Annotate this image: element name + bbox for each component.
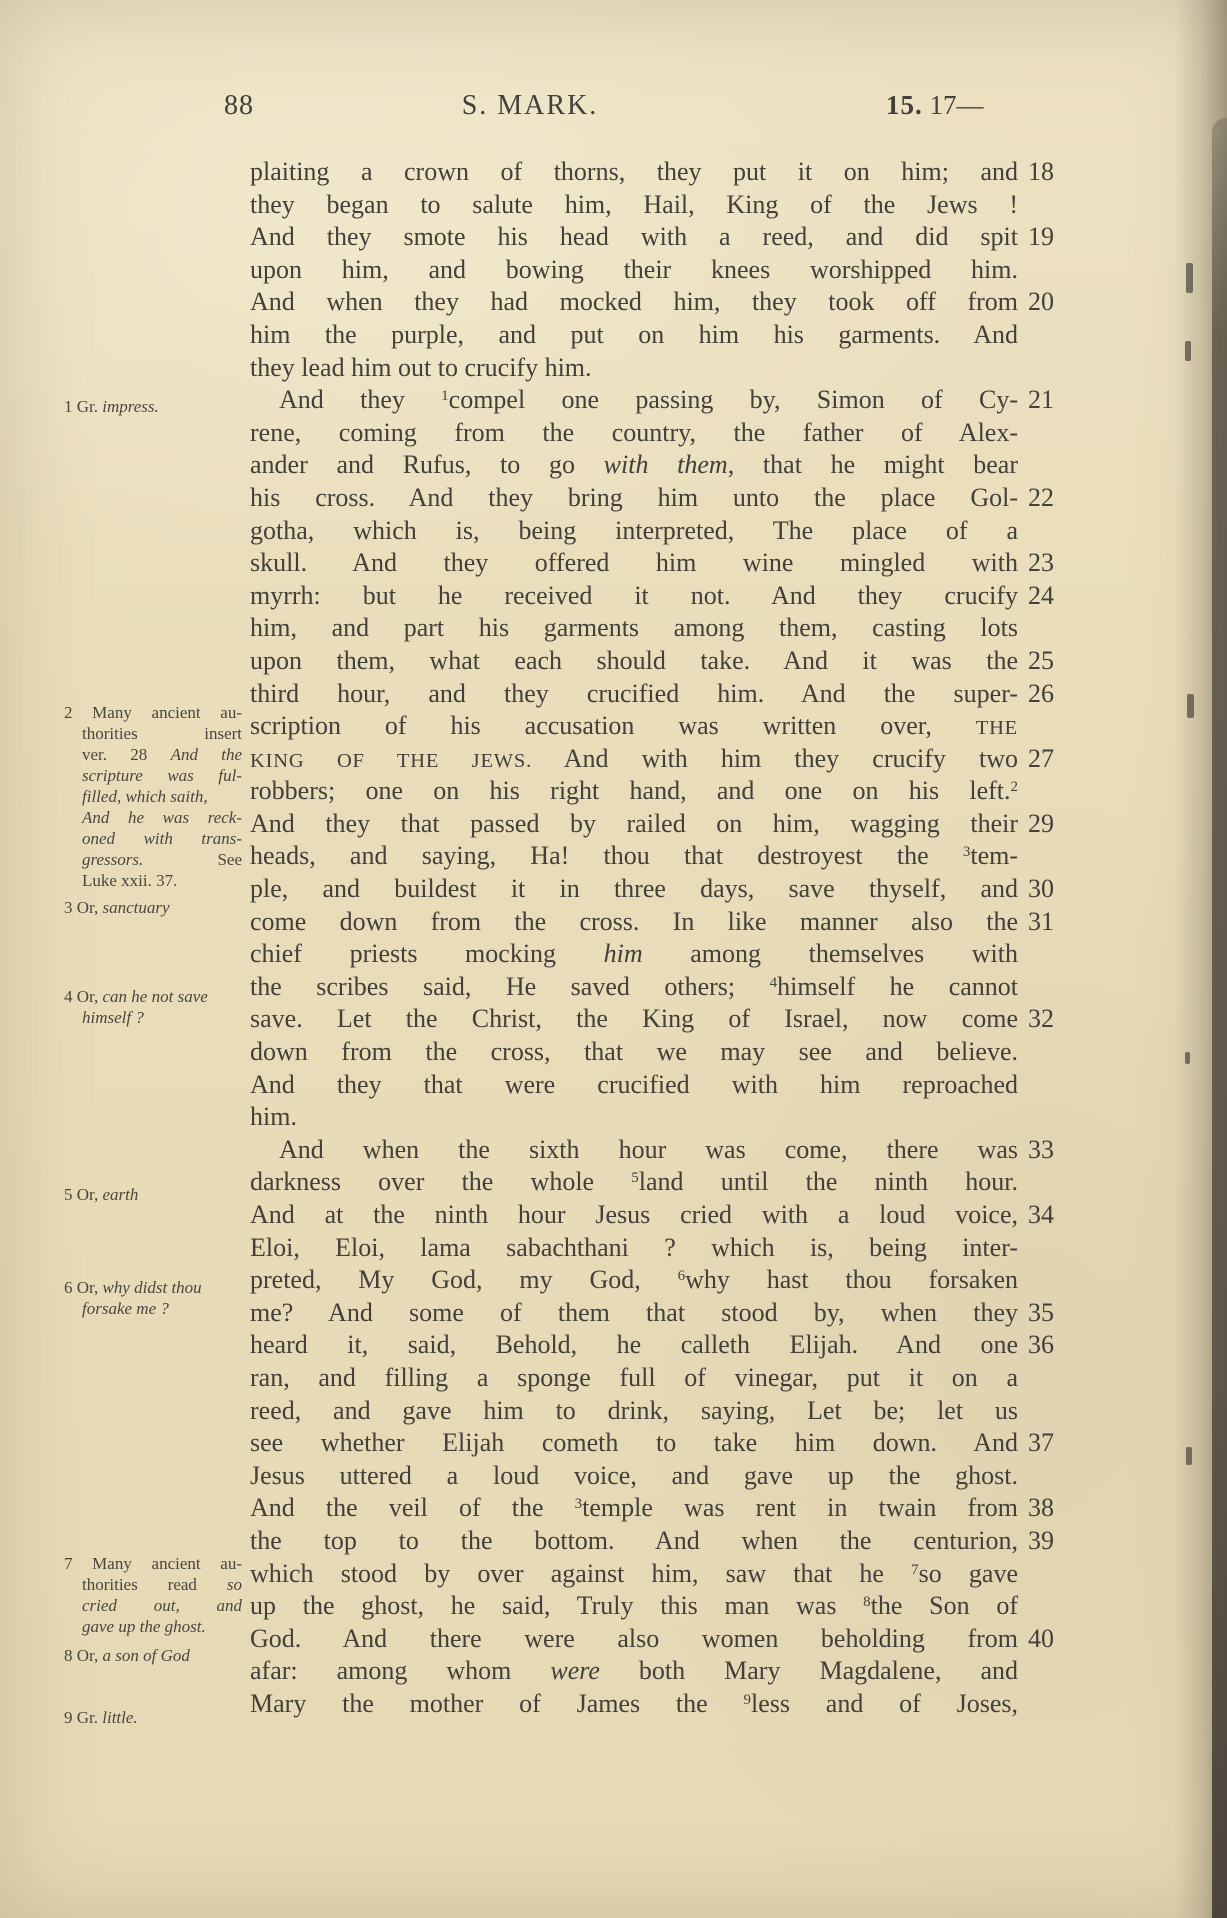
body-line: ran, and filling a sponge full of vinega…: [250, 1362, 1018, 1395]
text-segment: among themselves with: [643, 939, 1018, 968]
text-segment: And with him they crucify two: [532, 744, 1018, 773]
text-segment: scripture was ful-: [82, 766, 242, 785]
body-line: Mary the mother of James the 9less and o…: [250, 1688, 1018, 1721]
text-segment: ver. 28: [82, 745, 171, 764]
running-head-title: S. MARK.: [400, 90, 660, 122]
footnote-marker: 1: [441, 388, 449, 404]
text-segment: they began to salute him, Hail, King of …: [250, 190, 1018, 219]
verse-number: 23: [1028, 547, 1088, 580]
book-page-scan: 88 S. MARK. 15. 17— plaiting a crown of …: [0, 0, 1227, 1918]
text-segment: upon him, and bowing their knees worship…: [250, 255, 1018, 284]
text-segment: Eloi, Eloi, lama sabachthani ? which is,…: [250, 1233, 1018, 1262]
text-segment: 3 Or,: [64, 898, 103, 917]
scripture-text-column: plaiting a crown of thorns, they put it …: [250, 156, 1018, 1721]
text-segment: And the veil of the: [250, 1493, 575, 1522]
text-segment: why hast thou forsaken: [685, 1265, 1018, 1294]
text-segment: And he was reck-: [82, 808, 242, 827]
margin-note: 5 Or, earth: [64, 1184, 242, 1205]
body-line: come down from the cross. In like manner…: [250, 906, 1018, 939]
verse-number: 29: [1028, 808, 1088, 841]
scan-speck: [1187, 694, 1194, 718]
margin-note-line: scripture was ful-: [64, 765, 242, 786]
margin-note-line: 9 Gr. little.: [64, 1707, 242, 1728]
body-line: down from the cross, that we may see and…: [250, 1036, 1018, 1069]
margin-note-line: gressors. See: [64, 849, 242, 870]
text-segment: gressors.: [82, 850, 143, 869]
body-line: me? And some of them that stood by, when…: [250, 1297, 1018, 1330]
text-segment: so gave: [919, 1559, 1018, 1588]
margin-note-line: 5 Or, earth: [64, 1184, 242, 1205]
verse-number: 35: [1028, 1297, 1088, 1330]
text-segment: ander and Rufus, to go: [250, 450, 604, 479]
text-segment: heard it, said, Behold, he calleth Elija…: [250, 1330, 1018, 1359]
body-line: robbers; one on his right hand, and one …: [250, 775, 1018, 808]
text-segment: forsake me ?: [82, 1299, 169, 1318]
body-line: chief priests mocking him among themselv…: [250, 938, 1018, 971]
text-segment: they lead him out to crucify him.: [250, 353, 592, 382]
margin-note: 3 Or, sanctuary: [64, 897, 242, 918]
text-segment: THE: [976, 717, 1018, 739]
text-segment: robbers; one on his right hand, and one …: [250, 776, 1011, 805]
margin-note-line: thorities read so: [64, 1574, 242, 1595]
body-line: Jesus uttered a loud voice, and gave up …: [250, 1460, 1018, 1493]
footnote-marker: 3: [575, 1496, 583, 1512]
text-segment: gave up the ghost.: [82, 1617, 206, 1636]
text-segment: ran, and filling a sponge full of vinega…: [250, 1363, 1018, 1392]
text-segment: thorities read: [82, 1575, 227, 1594]
body-line: which stood by over against him, saw tha…: [250, 1558, 1018, 1591]
margin-note-line: 8 Or, a son of God: [64, 1645, 242, 1666]
text-segment: Jesus uttered a loud voice, and gave up …: [250, 1461, 1018, 1490]
text-segment: with them: [604, 450, 728, 479]
text-segment: why didst thou: [103, 1278, 202, 1297]
margin-note-line: 6 Or, why didst thou: [64, 1277, 242, 1298]
verse-number: 26: [1028, 678, 1088, 711]
text-segment: darkness over the whole: [250, 1167, 631, 1196]
text-segment: scription of his accusation was written …: [250, 711, 976, 740]
verse-number: 25: [1028, 645, 1088, 678]
text-segment: 9 Gr.: [64, 1708, 102, 1727]
footnote-marker: 8: [863, 1594, 871, 1610]
text-segment: 4 Or,: [64, 987, 103, 1006]
chapter-verse-reference: 15. 17—: [886, 90, 984, 121]
footnote-marker: 3: [963, 844, 971, 860]
margin-note-line: 7 Many ancient au-: [64, 1553, 242, 1574]
text-segment: filled, which saith,: [82, 787, 208, 806]
body-line: And when they had mocked him, they took …: [250, 286, 1018, 319]
verse-number: 32: [1028, 1003, 1088, 1036]
text-segment: up the ghost, he said, Truly this man wa…: [250, 1591, 863, 1620]
body-line: the top to the bottom. And when the cent…: [250, 1525, 1018, 1558]
margin-note: 8 Or, a son of God: [64, 1645, 242, 1666]
text-segment: were: [550, 1656, 600, 1685]
text-segment: 6 Or,: [64, 1278, 103, 1297]
text-segment: sanctuary: [103, 898, 170, 917]
body-line: heard it, said, Behold, he calleth Elija…: [250, 1329, 1018, 1362]
margin-note-line: ver. 28 And the: [64, 744, 242, 765]
body-line: upon them, what each should take. And it…: [250, 645, 1018, 678]
body-line: God. And there were also women beholding…: [250, 1623, 1018, 1656]
text-segment: , that he might bear: [728, 450, 1018, 479]
margin-note: 7 Many ancient au-thorities read socried…: [64, 1553, 242, 1637]
body-line: him.: [250, 1101, 1018, 1134]
footnote-marker: 7: [911, 1562, 919, 1578]
body-line: preted, My God, my God, 6why hast thou f…: [250, 1264, 1018, 1297]
verse-number: 19: [1028, 221, 1088, 254]
text-segment: see whether Elijah cometh to take him do…: [250, 1428, 1018, 1457]
text-segment: And they that passed by railed on him, w…: [250, 809, 1018, 838]
text-segment: oned with trans-: [82, 829, 242, 848]
text-segment: land until the ninth hour.: [639, 1167, 1018, 1196]
text-segment: impress.: [102, 397, 159, 416]
body-line: KING OF THE JEWS. And with him they cruc…: [250, 743, 1018, 776]
text-segment: less and of Joses,: [751, 1689, 1018, 1718]
verse-number: 21: [1028, 384, 1088, 417]
text-segment: And the: [171, 745, 242, 764]
text-segment: And when the sixth hour was come, there …: [279, 1135, 1018, 1164]
margin-note-line: filled, which saith,: [64, 786, 242, 807]
text-segment: See: [143, 850, 242, 869]
text-segment: rene, coming from the country, the fathe…: [250, 418, 1018, 447]
body-line: darkness over the whole 5land until the …: [250, 1166, 1018, 1199]
body-line: afar: among whom were both Mary Magdalen…: [250, 1655, 1018, 1688]
text-segment: 5 Or,: [64, 1185, 103, 1204]
body-line: And they that were crucified with him re…: [250, 1069, 1018, 1102]
body-line: myrrh: but he received it not. And they …: [250, 580, 1018, 613]
text-segment: thorities insert: [82, 724, 242, 743]
margin-note-line: himself ?: [64, 1007, 242, 1028]
margin-note-line: 1 Gr. impress.: [64, 396, 242, 417]
body-line: reed, and gave him to drink, saying, Let…: [250, 1395, 1018, 1428]
text-segment: Mary the mother of James the: [250, 1689, 744, 1718]
scan-speck: [1185, 1052, 1190, 1064]
verse-number: 38: [1028, 1492, 1088, 1525]
text-segment: And they that were crucified with him re…: [250, 1070, 1018, 1099]
text-segment: upon them, what each should take. And it…: [250, 646, 1018, 675]
verse-number: 36: [1028, 1329, 1088, 1362]
footnote-marker: 9: [744, 1692, 752, 1708]
text-segment: little.: [102, 1708, 137, 1727]
text-segment: chief priests mocking: [250, 939, 604, 968]
text-segment: plaiting a crown of thorns, they put it …: [250, 157, 1018, 186]
body-line: And when the sixth hour was come, there …: [250, 1134, 1018, 1167]
verse-number: 30: [1028, 873, 1088, 906]
body-line: his cross. And they bring him unto the p…: [250, 482, 1018, 515]
verse-number: 33: [1028, 1134, 1088, 1167]
body-line: plaiting a crown of thorns, they put it …: [250, 156, 1018, 189]
margin-note-line: 2 Many ancient au-: [64, 702, 242, 723]
text-segment: And they: [279, 385, 441, 414]
footnote-marker: 2: [1011, 779, 1019, 795]
margin-note-line: 3 Or, sanctuary: [64, 897, 242, 918]
text-segment: a son of God: [103, 1646, 190, 1665]
page-number: 88: [224, 90, 254, 122]
body-line: they lead him out to crucify him.: [250, 352, 1018, 385]
body-line: And they 1compel one passing by, Simon o…: [250, 384, 1018, 417]
text-segment: skull. And they offered him wine mingled…: [250, 548, 1018, 577]
body-line: the scribes said, He saved others; 4hims…: [250, 971, 1018, 1004]
page-edge-shadow: [1212, 118, 1227, 1918]
text-segment: me? And some of them that stood by, when…: [250, 1298, 1018, 1327]
verse-number: 31: [1028, 906, 1088, 939]
scan-speck: [1185, 341, 1191, 361]
text-segment: 1 Gr.: [64, 397, 102, 416]
text-segment: 2 Many ancient au-: [64, 703, 242, 722]
text-segment: so: [227, 1575, 242, 1594]
text-segment: gotha, which is, being interpreted, The …: [250, 516, 1018, 545]
body-line: heads, and saying, Ha! thou that destroy…: [250, 840, 1018, 873]
verse-number: 27: [1028, 743, 1088, 776]
body-line: third hour, and they crucified him. And …: [250, 678, 1018, 711]
text-segment: tem-: [970, 841, 1018, 870]
margin-note-line: Luke xxii. 37.: [64, 870, 242, 891]
margin-note: 2 Many ancient au-thorities insertver. 2…: [64, 702, 242, 891]
body-line: up the ghost, he said, Truly this man wa…: [250, 1590, 1018, 1623]
body-line: upon him, and bowing their knees worship…: [250, 254, 1018, 287]
body-line: And the veil of the 3temple was rent in …: [250, 1492, 1018, 1525]
body-line: rene, coming from the country, the fathe…: [250, 417, 1018, 450]
text-segment: God. And there were also women beholding…: [250, 1624, 1018, 1653]
text-segment: cried out, and: [82, 1596, 242, 1615]
text-segment: the scribes said, He saved others;: [250, 972, 770, 1001]
body-line: him, and part his garments among them, c…: [250, 612, 1018, 645]
verse-number: 39: [1028, 1525, 1088, 1558]
margin-note: 4 Or, can he not savehimself ?: [64, 986, 242, 1028]
text-segment: him, and part his garments among them, c…: [250, 613, 1018, 642]
text-segment: third hour, and they crucified him. And …: [250, 679, 1018, 708]
body-line: they began to salute him, Hail, King of …: [250, 189, 1018, 222]
verse-number: 37: [1028, 1427, 1088, 1460]
text-segment: compel one passing by, Simon of Cy-: [449, 385, 1018, 414]
footnote-marker: 4: [770, 975, 778, 991]
body-line: skull. And they offered him wine mingled…: [250, 547, 1018, 580]
text-segment: And at the ninth hour Jesus cried with a…: [250, 1200, 1018, 1229]
text-segment: KING OF THE JEWS.: [250, 750, 532, 772]
text-segment: both Mary Magdalene, and: [600, 1656, 1018, 1685]
text-segment: ple, and buildest it in three days, save…: [250, 874, 1018, 903]
body-line: ple, and buildest it in three days, save…: [250, 873, 1018, 906]
body-line: And they smote his head with a reed, and…: [250, 221, 1018, 254]
margin-note: 6 Or, why didst thouforsake me ?: [64, 1277, 242, 1319]
margin-note-line: And he was reck-: [64, 807, 242, 828]
body-line: him the purple, and put on him his garme…: [250, 319, 1018, 352]
margin-note-line: thorities insert: [64, 723, 242, 744]
margin-note-line: gave up the ghost.: [64, 1616, 242, 1637]
body-line: Eloi, Eloi, lama sabachthani ? which is,…: [250, 1232, 1018, 1265]
text-segment: his cross. And they bring him unto the p…: [250, 483, 1018, 512]
body-line: ander and Rufus, to go with them, that h…: [250, 449, 1018, 482]
text-segment: earth: [103, 1185, 139, 1204]
body-line: see whether Elijah cometh to take him do…: [250, 1427, 1018, 1460]
text-segment: the Son of: [871, 1591, 1018, 1620]
text-segment: preted, My God, my God,: [250, 1265, 678, 1294]
body-line: And at the ninth hour Jesus cried with a…: [250, 1199, 1018, 1232]
margin-note-line: forsake me ?: [64, 1298, 242, 1319]
text-segment: Luke xxii. 37.: [82, 871, 177, 890]
text-segment: reed, and gave him to drink, saying, Let…: [250, 1396, 1018, 1425]
text-segment: save. Let the Christ, the King of Israel…: [250, 1004, 1018, 1033]
text-segment: 8 Or,: [64, 1646, 103, 1665]
text-segment: him the purple, and put on him his garme…: [250, 320, 1018, 349]
verse-number: 18: [1028, 156, 1088, 189]
text-segment: afar: among whom: [250, 1656, 550, 1685]
text-segment: And they smote his head with a reed, and…: [250, 222, 1018, 251]
verse-number: 34: [1028, 1199, 1088, 1232]
text-segment: And when they had mocked him, they took …: [250, 287, 1018, 316]
text-segment: down from the cross, that we may see and…: [250, 1037, 1018, 1066]
text-segment: himself he cannot: [777, 972, 1018, 1001]
margin-note-line: cried out, and: [64, 1595, 242, 1616]
verse-number: 40: [1028, 1623, 1088, 1656]
text-segment: can he not save: [103, 987, 208, 1006]
verse-number: 22: [1028, 482, 1088, 515]
text-segment: temple was rent in twain from: [582, 1493, 1018, 1522]
verse-number: 20: [1028, 286, 1088, 319]
margin-note: 9 Gr. little.: [64, 1707, 242, 1728]
body-line: And they that passed by railed on him, w…: [250, 808, 1018, 841]
text-segment: heads, and saying, Ha! thou that destroy…: [250, 841, 963, 870]
text-segment: myrrh: but he received it not. And they …: [250, 581, 1018, 610]
verse-range: 17—: [923, 90, 984, 120]
scan-speck: [1186, 1447, 1192, 1465]
text-segment: come down from the cross. In like manner…: [250, 907, 1018, 936]
scan-speck: [1186, 263, 1193, 293]
text-segment: which stood by over against him, saw tha…: [250, 1559, 911, 1588]
verse-number: 24: [1028, 580, 1088, 613]
chapter-number: 15.: [886, 90, 923, 120]
text-segment: 7 Many ancient au-: [64, 1554, 242, 1573]
text-segment: him: [604, 939, 643, 968]
margin-note-line: 4 Or, can he not save: [64, 986, 242, 1007]
text-segment: himself ?: [82, 1008, 144, 1027]
body-line: scription of his accusation was written …: [250, 710, 1018, 743]
text-segment: him.: [250, 1102, 297, 1131]
body-line: gotha, which is, being interpreted, The …: [250, 515, 1018, 548]
text-segment: the top to the bottom. And when the cent…: [250, 1526, 1018, 1555]
footnote-marker: 6: [678, 1268, 686, 1284]
footnote-marker: 5: [631, 1170, 639, 1186]
body-line: save. Let the Christ, the King of Israel…: [250, 1003, 1018, 1036]
margin-note: 1 Gr. impress.: [64, 396, 242, 417]
margin-note-line: oned with trans-: [64, 828, 242, 849]
